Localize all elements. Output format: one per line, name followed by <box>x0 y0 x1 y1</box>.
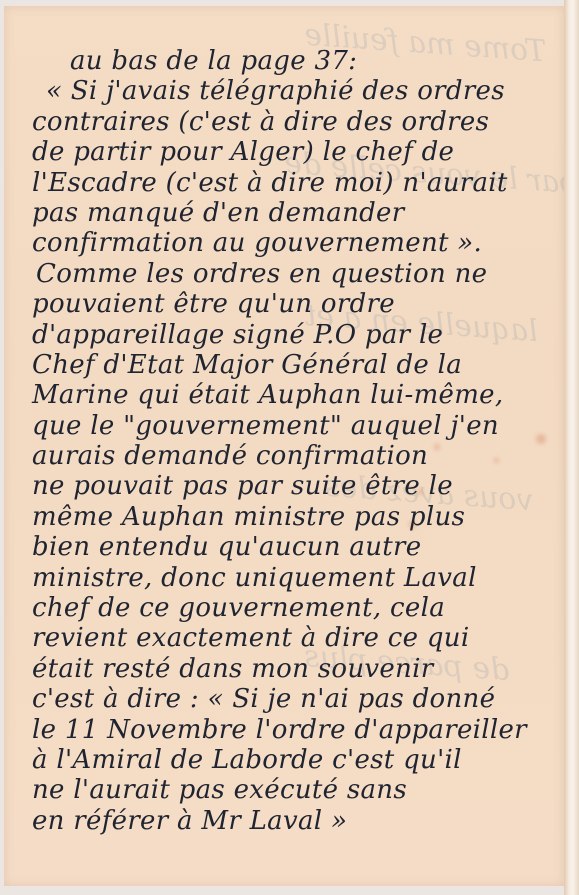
text-line: ne l'aurait pas exécuté sans <box>32 775 552 805</box>
text-line: d'appareillage signé P.O par le <box>32 320 552 350</box>
text-line: Comme les ordres en question ne <box>32 259 552 289</box>
text-line: Marine qui était Auphan lui-même, <box>32 380 552 410</box>
text-line: au bas de la page 37: <box>32 46 552 76</box>
text-line: « Si j'avais télégraphié des ordres <box>32 76 552 106</box>
text-line: Chef d'Etat Major Général de la <box>32 350 552 380</box>
text-line: confirmation au gouvernement ». <box>32 228 552 258</box>
text-line: c'est à dire : « Si je n'ai pas donné <box>32 684 552 714</box>
text-line: l'Escadre (c'est à dire moi) n'aurait <box>32 168 552 198</box>
paper-page: Tome ma feuille par le vous celle de laq… <box>4 6 564 886</box>
text-line: le 11 Novembre l'ordre d'appareiller <box>32 715 552 745</box>
text-line: pas manqué d'en demander <box>32 198 552 228</box>
text-line: que le "gouvernement" auquel j'en <box>32 411 552 441</box>
handwritten-text: au bas de la page 37: « Si j'avais télég… <box>32 46 552 836</box>
text-line: à l'Amiral de Laborde c'est qu'il <box>32 745 552 775</box>
text-line: aurais demandé confirmation <box>32 441 552 471</box>
text-line: ministre, donc uniquement Laval <box>32 563 552 593</box>
text-line: était resté dans mon souvenir <box>32 654 552 684</box>
text-line: de partir pour Alger) le chef de <box>32 137 552 167</box>
scan-frame: Tome ma feuille par le vous celle de laq… <box>0 0 579 895</box>
text-line: chef de ce gouvernement, cela <box>32 593 552 623</box>
text-line: pouvaient être qu'un ordre <box>32 289 552 319</box>
text-line: revient exactement à dire ce qui <box>32 623 552 653</box>
text-line: en référer à Mr Laval » <box>32 806 552 836</box>
page-edge <box>564 0 579 895</box>
text-line: bien entendu qu'aucun autre <box>32 532 552 562</box>
text-line: même Auphan ministre pas plus <box>32 502 552 532</box>
text-line: ne pouvait pas par suite être le <box>32 471 552 501</box>
text-line: contraires (c'est à dire des ordres <box>32 107 552 137</box>
